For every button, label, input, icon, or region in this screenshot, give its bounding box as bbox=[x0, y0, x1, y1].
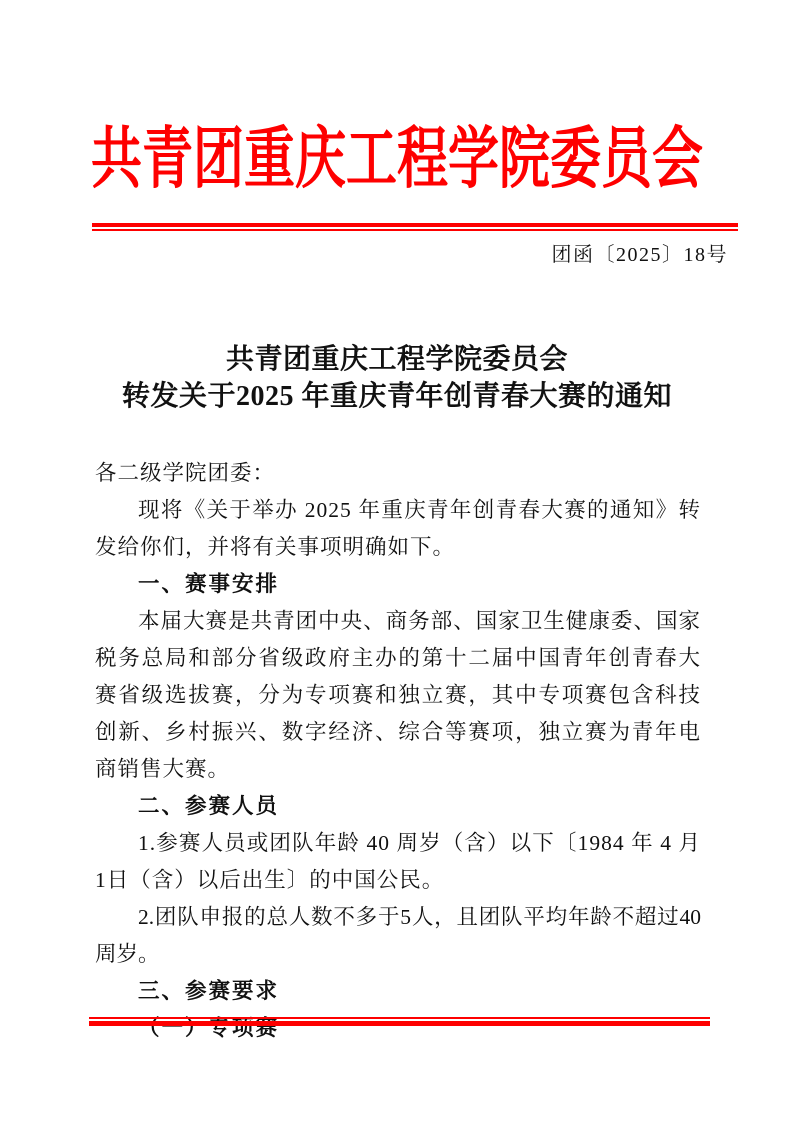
document-page: 共青团重庆工程学院委员会 团函〔2025〕18号 共青团重庆工程学院委员会 转发… bbox=[0, 0, 794, 1122]
letterhead-divider-thin-line bbox=[92, 229, 738, 231]
salutation: 各二级学院团委： bbox=[95, 455, 701, 492]
letterhead-org-name: 共青团重庆工程学院委员会 bbox=[0, 126, 794, 195]
footer-divider-thick-line bbox=[89, 1021, 710, 1026]
heading-subsection-special-race: （一）专项赛 bbox=[95, 1010, 701, 1047]
paragraph-participant-age-rule: 1.参赛人员或团队年龄 40 周岁（含）以下〔1984 年 4 月 1日（含）以… bbox=[95, 825, 701, 899]
document-title-line2: 转发关于2025 年重庆青年创青春大赛的通知 bbox=[0, 378, 794, 415]
paragraph-team-size-rule: 2.团队申报的总人数不多于5人，且团队平均年龄不超过40周岁。 bbox=[95, 899, 701, 973]
heading-section-3-requirements: 三、参赛要求 bbox=[95, 973, 701, 1010]
letterhead-divider-thick-line bbox=[92, 223, 738, 227]
footer-divider-thin-line bbox=[89, 1017, 710, 1019]
paragraph-forwarding-notice: 现将《关于举办 2025 年重庆青年创青春大赛的通知》转发给你们，并将有关事项明… bbox=[95, 492, 701, 566]
footer-divider bbox=[89, 1017, 710, 1026]
paragraph-race-description: 本届大赛是共青团中央、商务部、国家卫生健康委、国家税务总局和部分省级政府主办的第… bbox=[95, 603, 701, 788]
document-title: 共青团重庆工程学院委员会 转发关于2025 年重庆青年创青春大赛的通知 bbox=[0, 341, 794, 415]
document-title-line1: 共青团重庆工程学院委员会 bbox=[0, 341, 794, 378]
letterhead-divider bbox=[92, 223, 738, 231]
document-body: 各二级学院团委： 现将《关于举办 2025 年重庆青年创青春大赛的通知》转发给你… bbox=[95, 455, 701, 1047]
document-reference-number: 团函〔2025〕18号 bbox=[552, 238, 729, 267]
heading-section-1-race-arrangement: 一、赛事安排 bbox=[95, 566, 701, 603]
heading-section-2-participants: 二、参赛人员 bbox=[95, 788, 701, 825]
